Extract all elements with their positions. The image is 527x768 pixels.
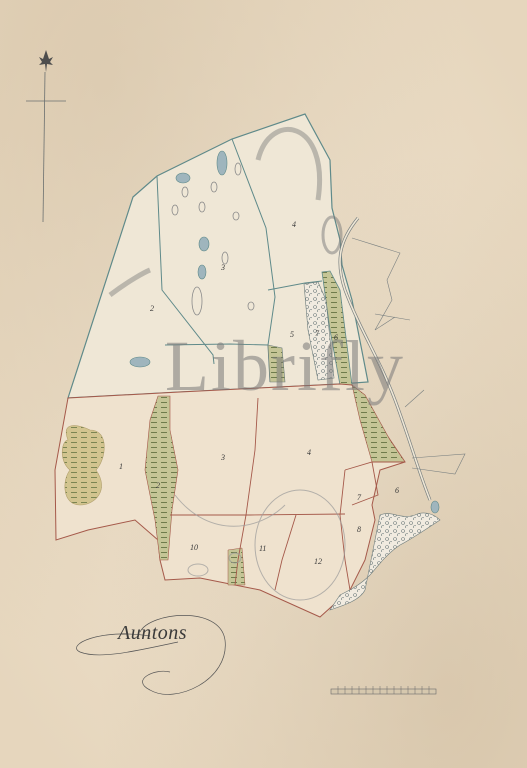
parcel-label: 2 — [150, 304, 154, 313]
parcel-label: 2 — [156, 481, 160, 490]
parcel-label: 8 — [357, 525, 361, 534]
parcel-label: 4 — [307, 448, 311, 457]
south-block: 1 2 3 4 6 7 8 10 11 12 — [55, 384, 440, 617]
map-title: Auntons — [118, 622, 187, 645]
parcel-label: 6 — [395, 486, 399, 495]
scale-bar — [331, 686, 436, 694]
parcel-label: 1 — [119, 462, 123, 471]
north-arrow-icon — [26, 50, 66, 222]
parcel-label: 3 — [220, 453, 225, 462]
parcel-label: 11 — [259, 544, 266, 553]
parcel-label: 10 — [190, 543, 198, 552]
parcel-label: 3 — [220, 263, 225, 272]
parcel-label: 4 — [292, 220, 296, 229]
parcel-label: 12 — [314, 557, 322, 566]
watermark: Librifly — [165, 330, 405, 402]
